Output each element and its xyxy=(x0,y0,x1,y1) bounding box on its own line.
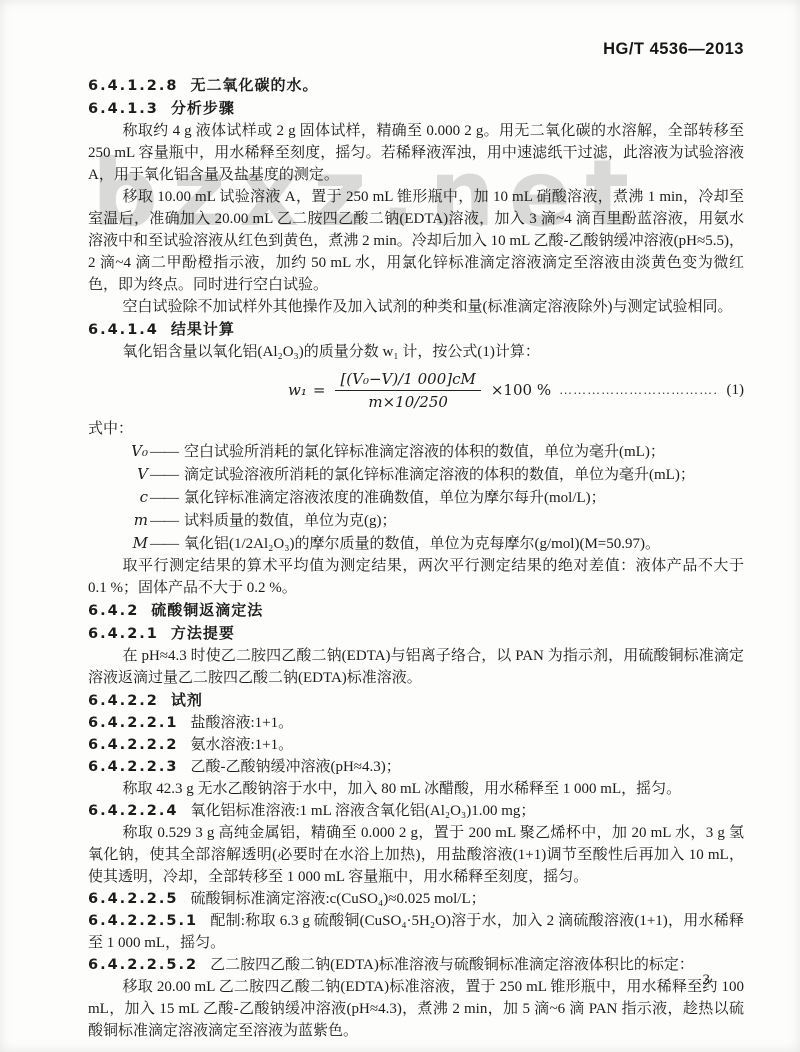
clause-heading: 6.4.2硫酸铜返滴定法 xyxy=(88,599,744,622)
clause-number: 6.4.1.2.8 xyxy=(88,78,178,94)
paragraph: 移取 10.00 mL 试验溶液 A，置于 250 mL 锥形瓶中，加 10 m… xyxy=(88,186,744,296)
clause-heading: 6.4.1.4结果计算 xyxy=(88,318,744,341)
document-content: 6.4.1.2.8无二氧化碳的水。6.4.1.3分析步骤称取约 4 g 液体试样… xyxy=(88,74,744,1042)
clause-text: 硫酸铜标准滴定溶液:c(CuSO₄)≈0.025 mol/L； xyxy=(190,891,485,907)
formula-lhs: w₁ xyxy=(288,379,307,401)
definition-text: 试料质量的数值，单位为克(g)； xyxy=(184,513,397,529)
clause-title: 无二氧化碳的水。 xyxy=(190,76,318,94)
clause-number: 6.4.2 xyxy=(88,603,139,619)
clause-heading: 6.4.1.2.8无二氧化碳的水。 xyxy=(88,74,744,97)
clause-number: 6.4.1.4 xyxy=(88,322,159,338)
clause-number: 6.4.2.2.5.1 xyxy=(88,913,198,929)
paragraph: 称取 0.529 3 g 高纯金属铝，精确至 0.000 2 g，置于 200 … xyxy=(88,822,744,888)
clause-number: 6.4.2.2.3 xyxy=(88,759,178,775)
clause-title: 结果计算 xyxy=(171,320,235,338)
clause-number: 6.4.2.2.1 xyxy=(88,715,178,731)
definition-symbol: V xyxy=(102,463,148,485)
clause-text: 氨水溶液:1+1。 xyxy=(190,737,293,753)
definition-text: 空白试验所消耗的氯化锌标准滴定溶液的体积的数值，单位为毫升(mL)； xyxy=(184,444,665,460)
page-number: 3 xyxy=(703,972,711,989)
formula: w₁=[(V₀−V)/1 000]cMm×10/250×100 %…………………… xyxy=(88,364,744,416)
definition-dash: —— xyxy=(148,444,184,460)
definition-row: V——滴定试验溶液所消耗的氯化锌标准滴定溶液的体积的数值，单位为毫升(mL)； xyxy=(88,463,744,486)
definition-dash: —— xyxy=(148,490,184,506)
clause-heading: 6.4.2.1方法提要 xyxy=(88,622,744,645)
paragraph: 氧化铝含量以氧化铝(Al₂O₃)的质量分数 w₁ 计，按公式(1)计算： xyxy=(88,341,744,363)
document-page: bzxz.net HG/T 4536—2013 6.4.1.2.8无二氧化碳的水… xyxy=(0,0,800,1052)
paragraph: 取平行测定结果的算术平均值为测定结果，两次平行测定结果的绝对差值：液体产品不大于… xyxy=(88,555,744,599)
formula-multiplier: ×100 % xyxy=(491,379,551,401)
formula-expression: w₁=[(V₀−V)/1 000]cMm×10/250×100 % xyxy=(288,369,551,412)
formula-numerator: [(V₀−V)/1 000]cM xyxy=(335,369,480,391)
clause-number: 6.4.1.3 xyxy=(88,101,159,117)
clause-title: 硫酸铜返滴定法 xyxy=(151,601,263,619)
clause-heading: 6.4.2.2试剂 xyxy=(88,689,744,712)
definition-dash: —— xyxy=(148,536,184,552)
formula-number: (1) xyxy=(727,379,745,401)
paragraph: 称取 42.3 g 无水乙酸钠溶于水中，加入 80 mL 冰醋酸，用水稀释至 1… xyxy=(88,778,744,800)
clause-number: 6.4.2.2 xyxy=(88,693,159,709)
clause-paragraph: 6.4.2.2.5.1配制:称取 6.3 g 硫酸铜(CuSO₄·5H₂O)溶于… xyxy=(88,910,744,954)
clause-text: 盐酸溶液:1+1。 xyxy=(190,715,293,731)
clause-text: 乙酸-乙酸钠缓冲溶液(pH≈4.3)； xyxy=(190,759,400,775)
clause-number: 6.4.2.2.2 xyxy=(88,737,178,753)
clause-paragraph: 6.4.2.2.2氨水溶液:1+1。 xyxy=(88,734,744,756)
clause-number: 6.4.2.2.5 xyxy=(88,891,178,907)
standard-number: HG/T 4536—2013 xyxy=(603,40,744,58)
paragraph: 空白试验除不加试样外其他操作及加入试剂的种类和量(标准滴定溶液除外)与测定试验相… xyxy=(88,296,744,318)
clause-paragraph: 6.4.2.2.1盐酸溶液:1+1。 xyxy=(88,712,744,734)
clause-paragraph: 6.4.2.2.4氧化铝标准溶液:1 mL 溶液含氧化铝(Al₂O₃)1.00 … xyxy=(88,800,744,822)
definition-symbol: M xyxy=(102,532,148,554)
paragraph: 在 pH≈4.3 时使乙二胺四乙酸二钠(EDTA)与铝离子络合，以 PAN 为指… xyxy=(88,645,744,689)
definition-dash: —— xyxy=(148,513,184,529)
clause-title: 分析步骤 xyxy=(171,99,235,117)
formula-equals: = xyxy=(313,379,326,401)
definition-dash: —— xyxy=(148,467,184,483)
clause-title: 试剂 xyxy=(171,691,203,709)
clause-number: 6.4.2.2.4 xyxy=(88,803,178,819)
paragraph: 称取约 4 g 液体试样或 2 g 固体试样，精确至 0.000 2 g。用无二… xyxy=(88,120,744,186)
definition-text: 滴定试验溶液所消耗的氯化锌标准滴定溶液的体积的数值，单位为毫升(mL)； xyxy=(184,467,695,483)
definition-text: 氯化锌标准滴定溶液浓度的准确数值，单位为摩尔每升(mol/L)； xyxy=(184,490,606,506)
formula-denominator: m×10/250 xyxy=(368,391,448,412)
clause-paragraph: 6.4.2.2.5硫酸铜标准滴定溶液:c(CuSO₄)≈0.025 mol/L； xyxy=(88,888,744,910)
definition-symbol: V₀ xyxy=(102,440,148,462)
page-header: HG/T 4536—2013 xyxy=(88,38,744,60)
definition-row: c——氯化锌标准滴定溶液浓度的准确数值，单位为摩尔每升(mol/L)； xyxy=(88,486,744,509)
dotted-leader: ……………………………………………………………… xyxy=(559,379,718,401)
clause-paragraph: 6.4.2.2.5.2乙二胺四乙酸二钠(EDTA)标准溶液与硫酸铜标准滴定溶液体… xyxy=(88,954,744,976)
clause-heading: 6.4.1.3分析步骤 xyxy=(88,97,744,120)
clause-title: 方法提要 xyxy=(171,624,235,642)
clause-text: 氧化铝标准溶液:1 mL 溶液含氧化铝(Al₂O₃)1.00 mg； xyxy=(190,803,535,819)
paragraph: 移取 20.00 mL 乙二胺四乙酸二钠(EDTA)标准溶液，置于 250 mL… xyxy=(88,976,744,1042)
clause-number: 6.4.2.1 xyxy=(88,626,159,642)
clause-text: 乙二胺四乙酸二钠(EDTA)标准溶液与硫酸铜标准滴定溶液体积比的标定： xyxy=(210,957,694,973)
clause-paragraph: 6.4.2.2.3乙酸-乙酸钠缓冲溶液(pH≈4.3)； xyxy=(88,756,744,778)
definition-row: m——试料质量的数值，单位为克(g)； xyxy=(88,509,744,532)
definition-symbol: c xyxy=(102,486,148,508)
formula-fraction: [(V₀−V)/1 000]cMm×10/250 xyxy=(335,369,480,412)
definition-text: 氧化铝(1/2Al₂O₃)的摩尔质量的数值，单位为克每摩尔(g/mol)(M=5… xyxy=(184,536,660,552)
clause-number: 6.4.2.2.5.2 xyxy=(88,957,198,973)
definition-symbol: m xyxy=(102,509,148,531)
paragraph: 式中： xyxy=(88,418,744,440)
definition-row: M——氧化铝(1/2Al₂O₃)的摩尔质量的数值，单位为克每摩尔(g/mol)(… xyxy=(88,532,744,555)
definition-row: V₀——空白试验所消耗的氯化锌标准滴定溶液的体积的数值，单位为毫升(mL)； xyxy=(88,440,744,463)
